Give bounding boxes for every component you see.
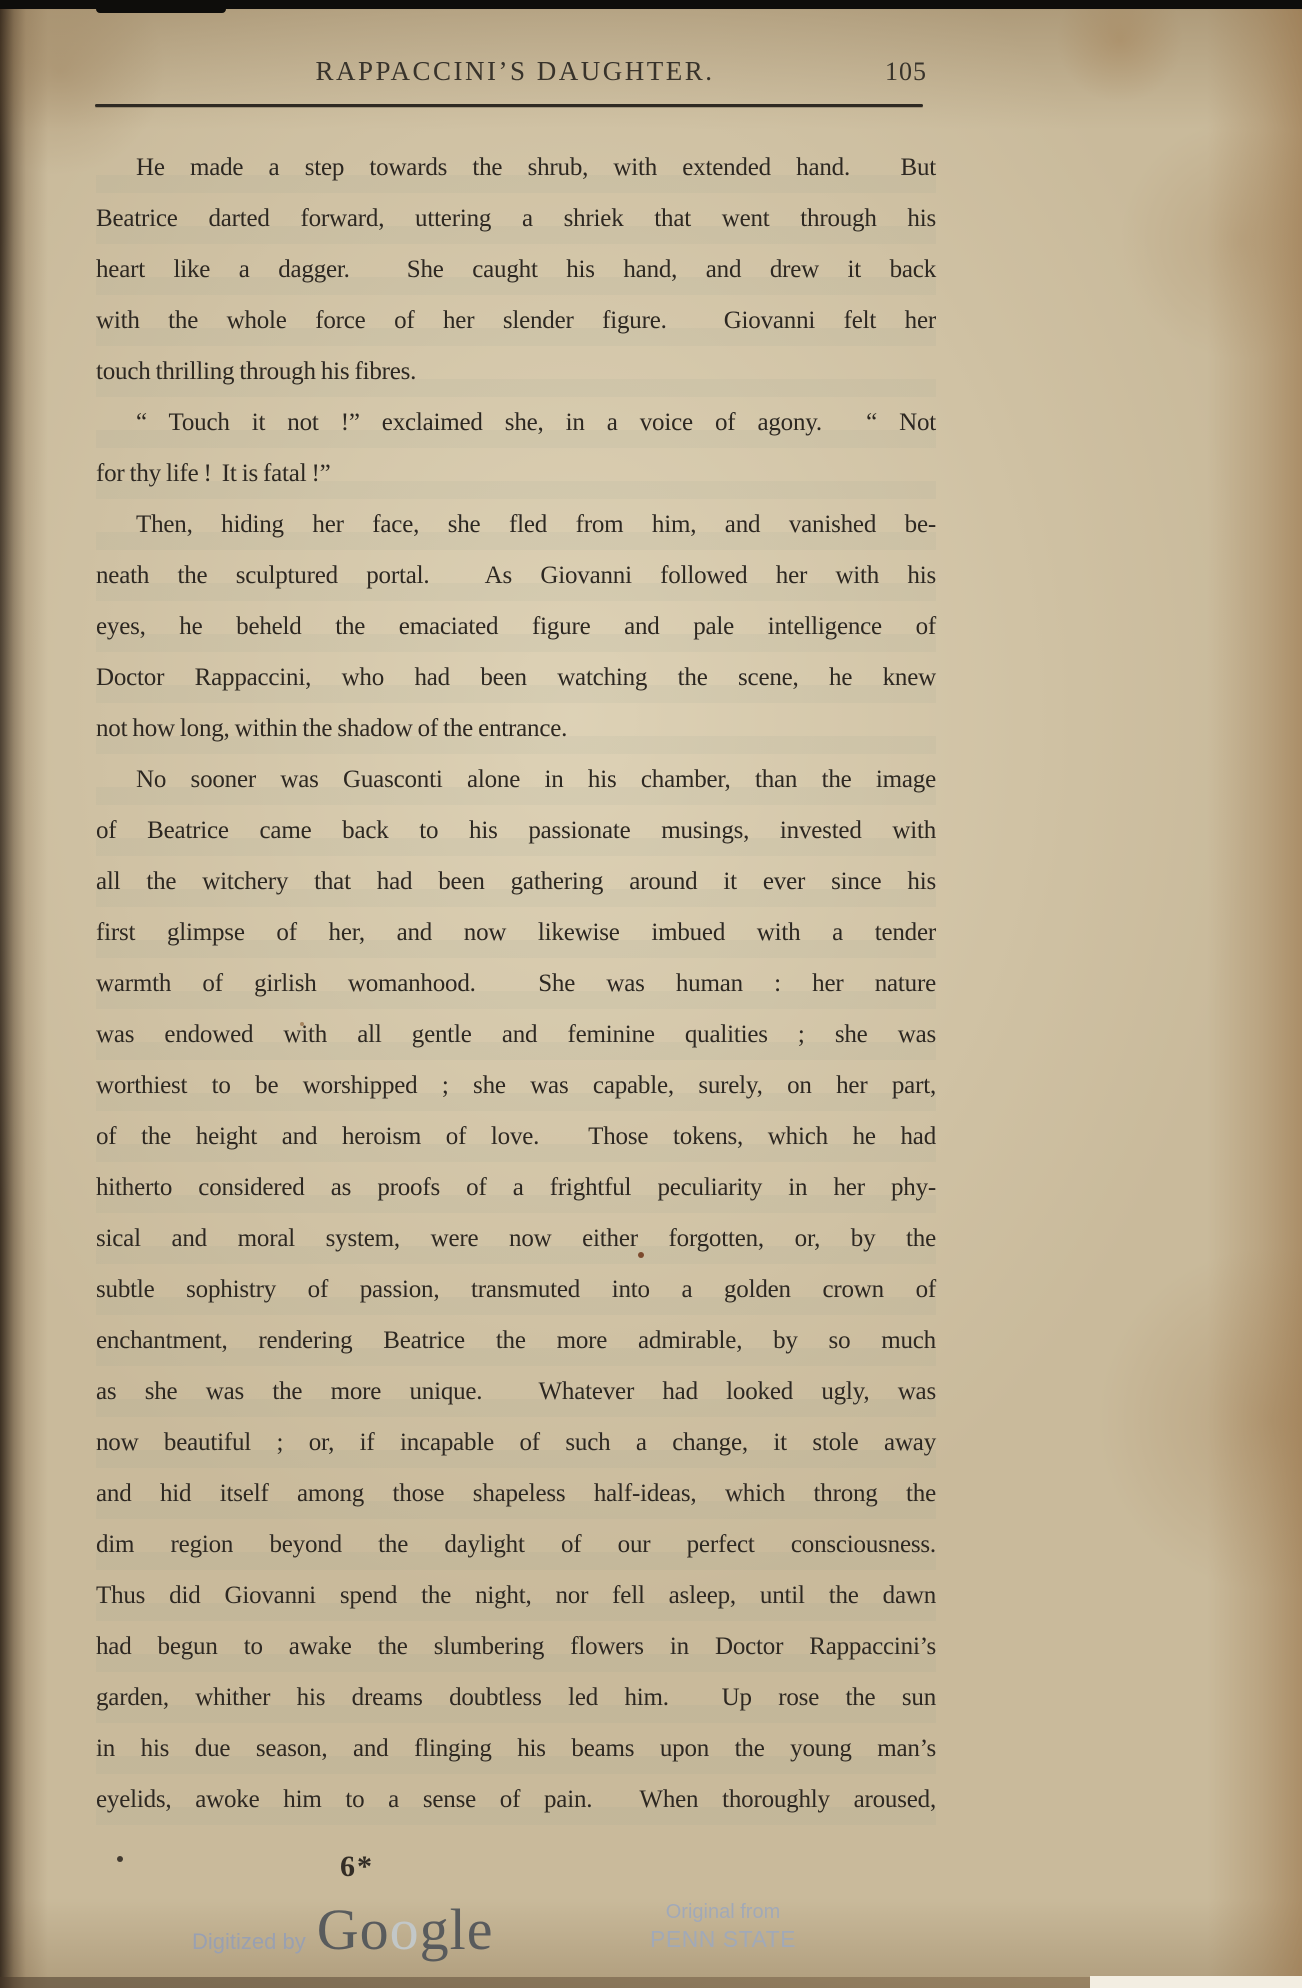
text-line: hitherto considered as proofs of a frigh… [96,1162,936,1213]
text-line: warmth of girlish womanhood. She was hum… [96,958,936,1009]
text-line: eyes, he beheld the emaciated figure and… [96,601,936,652]
text-line: dim region beyond the daylight of our pe… [96,1519,936,1570]
text-line: with the whole force of her slender figu… [96,295,936,346]
digitized-by-label: Digitized by [192,1929,306,1955]
text-line: He made a step towards the shrub, with e… [96,142,936,193]
ink-speck [638,1252,644,1258]
text-line: and hid itself among those shapeless hal… [96,1468,936,1519]
text-line: all the witchery that had been gathering… [96,856,936,907]
ink-speck [300,1022,304,1026]
text-line: Beatrice darted forward, uttering a shri… [96,193,936,244]
text-line: for thy life ! It is fatal !” [96,448,936,499]
text-line: enchantment, rendering Beatrice the more… [96,1315,936,1366]
text-line: had begun to awake the slumbering flower… [96,1621,936,1672]
text-line: “ Touch it not !” exclaimed she, in a vo… [96,397,936,448]
google-logo-letter: o [360,1897,390,1962]
google-logo-letter: g [420,1897,450,1962]
text-line: worthiest to be worshipped ; she was cap… [96,1060,936,1111]
google-logo-letter: o [390,1897,420,1962]
text-line: Then, hiding her face, she fled from him… [96,499,936,550]
text-line: No sooner was Guasconti alone in his cha… [96,754,936,805]
text-line: as she was the more unique. Whatever had… [96,1366,936,1417]
google-watermark: Digitized by Google [192,1896,493,1963]
text-line: Doctor Rappaccini, who had been watching… [96,652,936,703]
text-line: subtle sophistry of passion, transmuted … [96,1264,936,1315]
text-line: now beautiful ; or, if incapable of such… [96,1417,936,1468]
scan-bottom-edge [0,1977,1100,1988]
text-line: in his due season, and flinging his beam… [96,1723,936,1774]
text-line: sical and moral system, were now either … [96,1213,936,1264]
scan-bottom-white-strip [1090,1976,1302,1988]
signature-mark: 6* [340,1850,374,1884]
text-line: not how long, within the shadow of the e… [96,703,936,754]
google-logo-letter: l [450,1897,467,1962]
google-logo-letter: e [467,1897,494,1962]
text-line: garden, whither his dreams doubtless led… [96,1672,936,1723]
text-line: was endowed with all gentle and feminine… [96,1009,936,1060]
google-logo: Google [317,1896,494,1963]
text-line: of the height and heroism of love. Those… [96,1111,936,1162]
google-logo-letter: G [317,1897,360,1962]
text-line: neath the sculptured portal. As Giovanni… [96,550,936,601]
library-name: PENN STATE [628,1925,818,1953]
library-watermark: Original from PENN STATE [628,1899,818,1953]
text-line: first glimpse of her, and now likewise i… [96,907,936,958]
text-line: of Beatrice came back to his passionate … [96,805,936,856]
scanned-book-page: { "page": { "paper_color": "#cfc0a2", "i… [0,0,1302,1988]
body-text: He made a step towards the shrub, with e… [96,142,936,1825]
header-rule [95,104,923,107]
text-line: eyelids, awoke him to a sense of pain. W… [96,1774,936,1825]
original-from-label: Original from [628,1899,818,1925]
text-line: touch thrilling through his fibres. [96,346,936,397]
page-number: 105 [95,57,927,87]
text-line: Thus did Giovanni spend the night, nor f… [96,1570,936,1621]
scan-top-edge-blob [96,0,226,13]
text-line: heart like a dagger. She caught his hand… [96,244,936,295]
ink-speck [117,1856,123,1862]
